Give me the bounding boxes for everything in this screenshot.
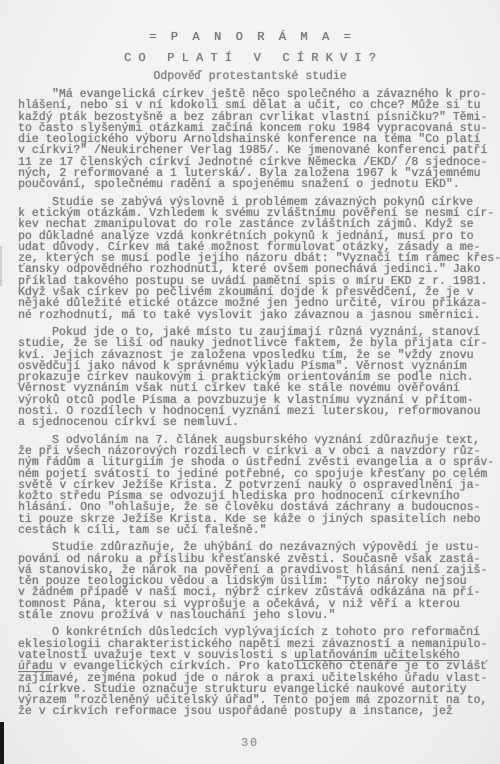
text-line: O konkrétních důsledcích vyplývajících z… bbox=[18, 627, 490, 638]
text-line: hlásání. Ono "ohlašuje, že se člověku do… bbox=[18, 502, 490, 513]
page-number: 30 bbox=[241, 737, 259, 750]
paragraph: "Má evangelická církev ještě něco společ… bbox=[18, 89, 490, 191]
page-header: = P A N O R Á M A = C O P L A T Í V C Í … bbox=[0, 0, 500, 83]
document-body: "Má evangelická církev ještě něco společ… bbox=[0, 83, 500, 718]
text-line: Studie zdůrazňuje, že uhýbání do nezávaz… bbox=[18, 542, 490, 553]
text-line: né rozhodnutí, má to také vyslovit jako … bbox=[18, 310, 490, 321]
page-footer: 30 bbox=[0, 733, 500, 751]
masthead-title: = P A N O R Á M A = bbox=[0, 31, 500, 43]
text-line: že v církvích reformace jsou uspořádané … bbox=[18, 706, 490, 717]
scan-artifact-bar bbox=[0, 722, 4, 764]
text-line: stále znovu prožívá v naslouchání jeho s… bbox=[18, 610, 490, 621]
article-subtitle: Odpověď protestantské studie bbox=[0, 71, 500, 83]
text-line: cestách k cíli, tam se učí falešně." bbox=[18, 525, 490, 536]
text-line: hlášení, nebo si v ní kdokoli smí dělat … bbox=[18, 100, 490, 111]
article-title: C O P L A T Í V C Í R K V I ? bbox=[0, 52, 500, 64]
paragraph: Studie zdůrazňuje, že uhýbání do nezávaz… bbox=[18, 542, 490, 621]
text-line: poučování, společnému radění a spojenému… bbox=[18, 179, 490, 190]
text-line: nějaké důležité etické otázce možné jen … bbox=[18, 298, 490, 309]
paragraph: S odvoláním na 7. článek augsburského vy… bbox=[18, 435, 490, 537]
paragraph: Pokud jde o to, jaké místo tu zaujímají … bbox=[18, 327, 490, 429]
scan-smudge-artifact bbox=[0, 246, 2, 286]
text-line: a sjednocenou církví se nemluví. bbox=[18, 417, 490, 428]
text-line: studie, že se liší od nauky jednotlivce … bbox=[18, 338, 490, 349]
text-line: ným řádům a liturgiím je shoda o ústředn… bbox=[18, 457, 490, 468]
text-line: úřadu v evangelických církvích. Pro kato… bbox=[18, 661, 490, 672]
text-line: kev nechat zmanipulovat do role zastánce… bbox=[18, 219, 490, 230]
paragraph: O konkrétních důsledcích vyplývajících z… bbox=[18, 627, 490, 717]
paragraph: Studie se zabývá výslovně i problémem zá… bbox=[18, 197, 490, 321]
scanned-page: = P A N O R Á M A = C O P L A T Í V C Í … bbox=[0, 0, 500, 764]
